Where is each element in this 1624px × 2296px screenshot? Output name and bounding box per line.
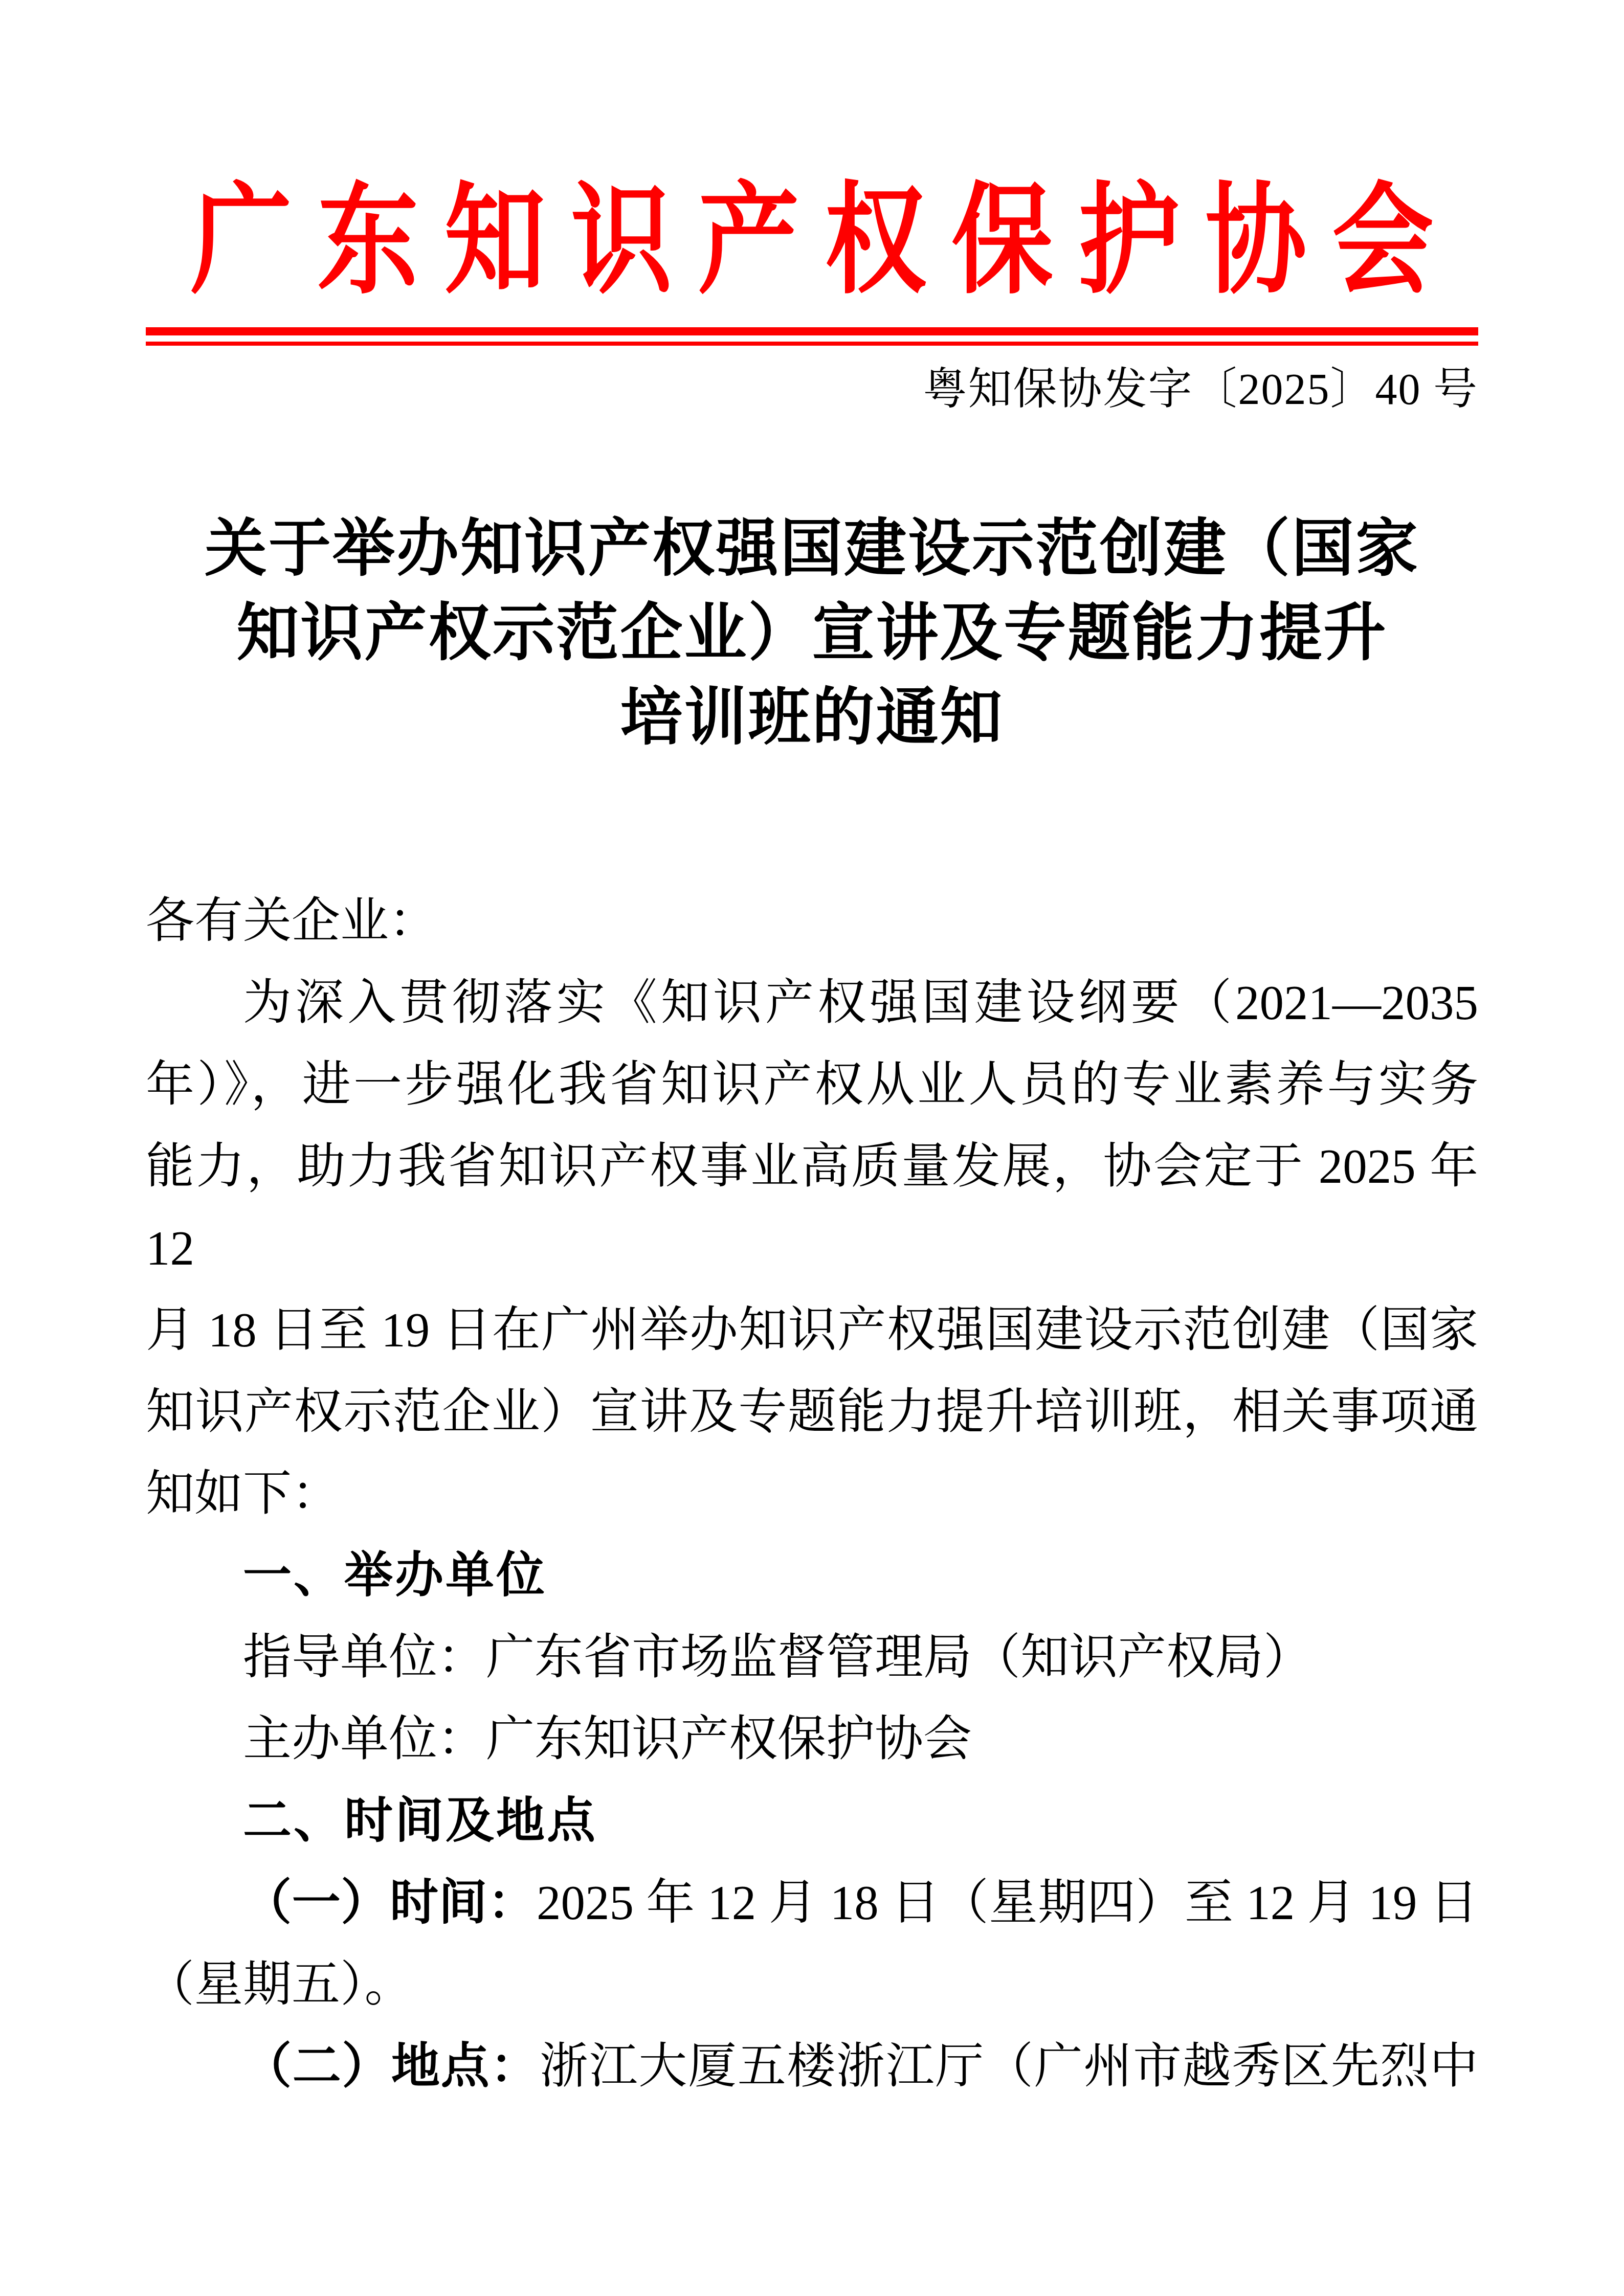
line-text: 主办单位：广东知识产权保护协会 xyxy=(243,1712,972,1766)
divider-thick-line xyxy=(146,327,1478,335)
org-header-title: 广东知识产权保护协会 xyxy=(165,169,1459,314)
body-line: 知识产权示范企业）宣讲及专题能力提升培训班，相关事项通 xyxy=(146,1371,1478,1453)
body-line: 主办单位：广东知识产权保护协会 xyxy=(146,1698,1478,1780)
body-line: 年）》，进一步强化我省知识产权从业人员的专业素养与实务 xyxy=(146,1044,1478,1126)
document-title-line: 关于举办知识产权强国建设示范创建（国家 xyxy=(146,507,1478,591)
document-title: 关于举办知识产权强国建设示范创建（国家 知识产权示范企业）宣讲及专题能力提升 培… xyxy=(146,507,1478,760)
body-line: 指导单位：广东省市场监督管理局（知识产权局） xyxy=(146,1616,1478,1698)
body-line: 为深入贯彻落实《知识产权强国建设纲要（2021—2035 xyxy=(146,962,1478,1044)
body-line: （二）地点：浙江大厦五楼浙江厅（广州市越秀区先烈中 xyxy=(146,2025,1478,2107)
document-body: 各有关企业：为深入贯彻落实《知识产权强国建设纲要（2021—2035年）》，进一… xyxy=(146,880,1478,2107)
line-label-bold: （一）时间： xyxy=(243,1876,537,1930)
body-line: 各有关企业： xyxy=(146,880,1478,962)
line-text: 一、举办单位 xyxy=(243,1548,547,1603)
line-text: 各有关企业： xyxy=(146,894,437,948)
line-text: 二、时间及地点 xyxy=(243,1794,597,1848)
body-line: （星期五）。 xyxy=(146,1944,1478,2025)
divider-gap xyxy=(146,335,1478,342)
line-text: 月 18 日至 19 日在广州举办知识产权强国建设示范创建（国家 xyxy=(146,1303,1478,1357)
line-text: 指导单位：广东省市场监督管理局（知识产权局） xyxy=(243,1630,1312,1684)
line-text: 浙江大厦五楼浙江厅（广州市越秀区先烈中 xyxy=(540,2039,1478,2094)
body-line: 能力，助力我省知识产权事业高质量发展，协会定于 2025 年 12 xyxy=(146,1126,1478,1289)
line-text: 为深入贯彻落实《知识产权强国建设纲要（2021—2035 xyxy=(243,976,1478,1030)
red-divider xyxy=(146,327,1478,346)
line-text: 知如下： xyxy=(146,1467,340,1521)
body-line: 月 18 日至 19 日在广州举办知识产权强国建设示范创建（国家 xyxy=(146,1289,1478,1371)
doc-number: 粤知保协发字〔2025〕40 号 xyxy=(146,361,1478,417)
document-page: 广东知识产权保护协会 粤知保协发字〔2025〕40 号 关于举办知识产权强国建设… xyxy=(0,0,1624,2296)
document-title-line: 培训班的通知 xyxy=(146,676,1478,760)
body-line: （一）时间：2025 年 12 月 18 日（星期四）至 12 月 19 日 xyxy=(146,1862,1478,1944)
section-heading: 二、时间及地点 xyxy=(146,1780,1478,1862)
document-title-line: 知识产权示范企业）宣讲及专题能力提升 xyxy=(146,591,1478,676)
line-text: 年）》，进一步强化我省知识产权从业人员的专业素养与实务 xyxy=(146,1057,1478,1112)
section-heading: 一、举办单位 xyxy=(146,1535,1478,1616)
line-text: 能力，助力我省知识产权事业高质量发展，协会定于 2025 年 12 xyxy=(146,1139,1478,1275)
body-line: 知如下： xyxy=(146,1453,1478,1535)
line-text: 2025 年 12 月 18 日（星期四）至 12 月 19 日 xyxy=(537,1876,1478,1930)
line-text: （星期五）。 xyxy=(146,1957,413,2012)
letterhead: 广东知识产权保护协会 xyxy=(146,182,1478,304)
divider-thin-line xyxy=(146,342,1478,346)
line-label-bold: （二）地点： xyxy=(243,2039,540,2094)
line-text: 知识产权示范企业）宣讲及专题能力提升培训班，相关事项通 xyxy=(146,1385,1478,1439)
